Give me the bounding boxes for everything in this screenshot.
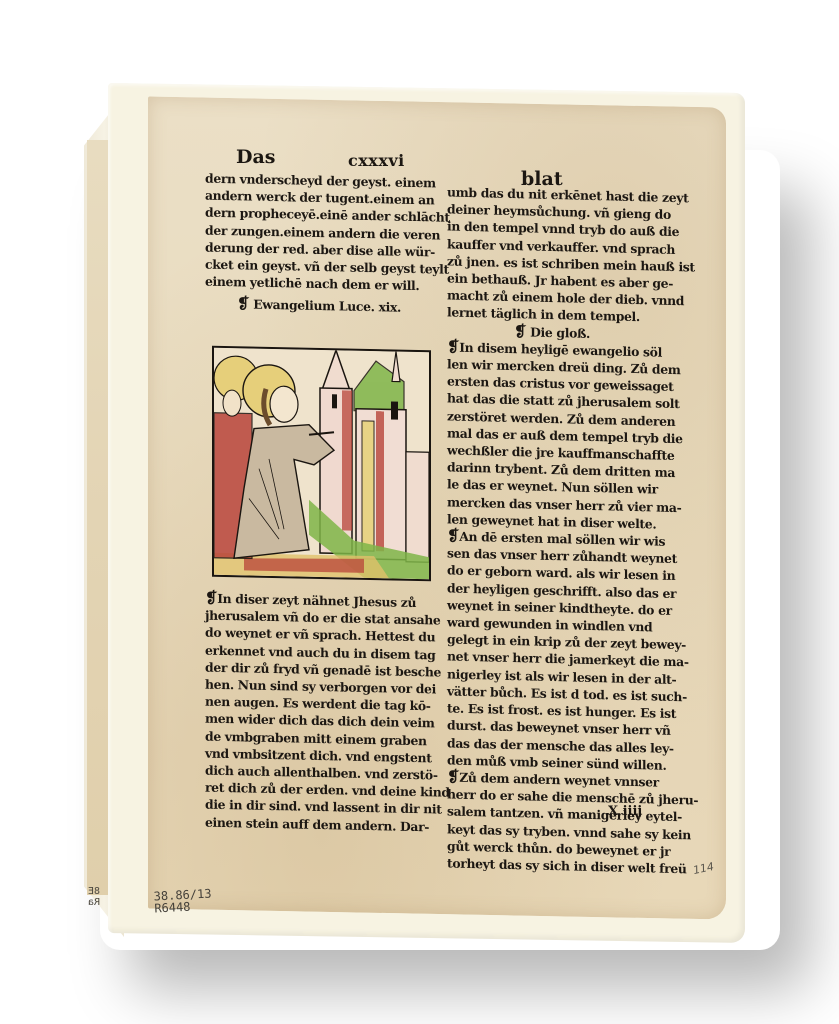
- text-line: einem yetlichē nach dem er will.: [205, 273, 433, 295]
- pilcrow-icon: ❡: [447, 526, 459, 544]
- pilcrow-icon: ❡: [447, 337, 459, 355]
- signature-mark: X iiij: [608, 804, 642, 819]
- pilcrow-icon: ❡: [237, 295, 249, 313]
- side-label: 8E Ra: [88, 886, 100, 908]
- running-head-left: Das: [236, 146, 275, 168]
- woodcut-christ-weeping-icon: [214, 348, 429, 580]
- right-column: umb das du nit erkēnet hast die zeyt dei…: [447, 183, 657, 876]
- inventory-number: 38.86/13 R6448: [153, 888, 212, 915]
- pilcrow-icon: ❡: [514, 322, 526, 340]
- left-column-top: dern vnderscheyd der geyst. einem andern…: [205, 170, 433, 317]
- woodcut-illustration: [212, 346, 431, 582]
- pilcrow-icon: ❡: [205, 589, 217, 607]
- left-column-bottom: ❡In diser zeyt nähnet Jhesus zů jherusal…: [205, 590, 433, 836]
- canvas-side-wrap: [87, 140, 109, 895]
- folio-number: cxxxvi: [348, 151, 405, 170]
- pilcrow-icon: ❡: [447, 767, 459, 785]
